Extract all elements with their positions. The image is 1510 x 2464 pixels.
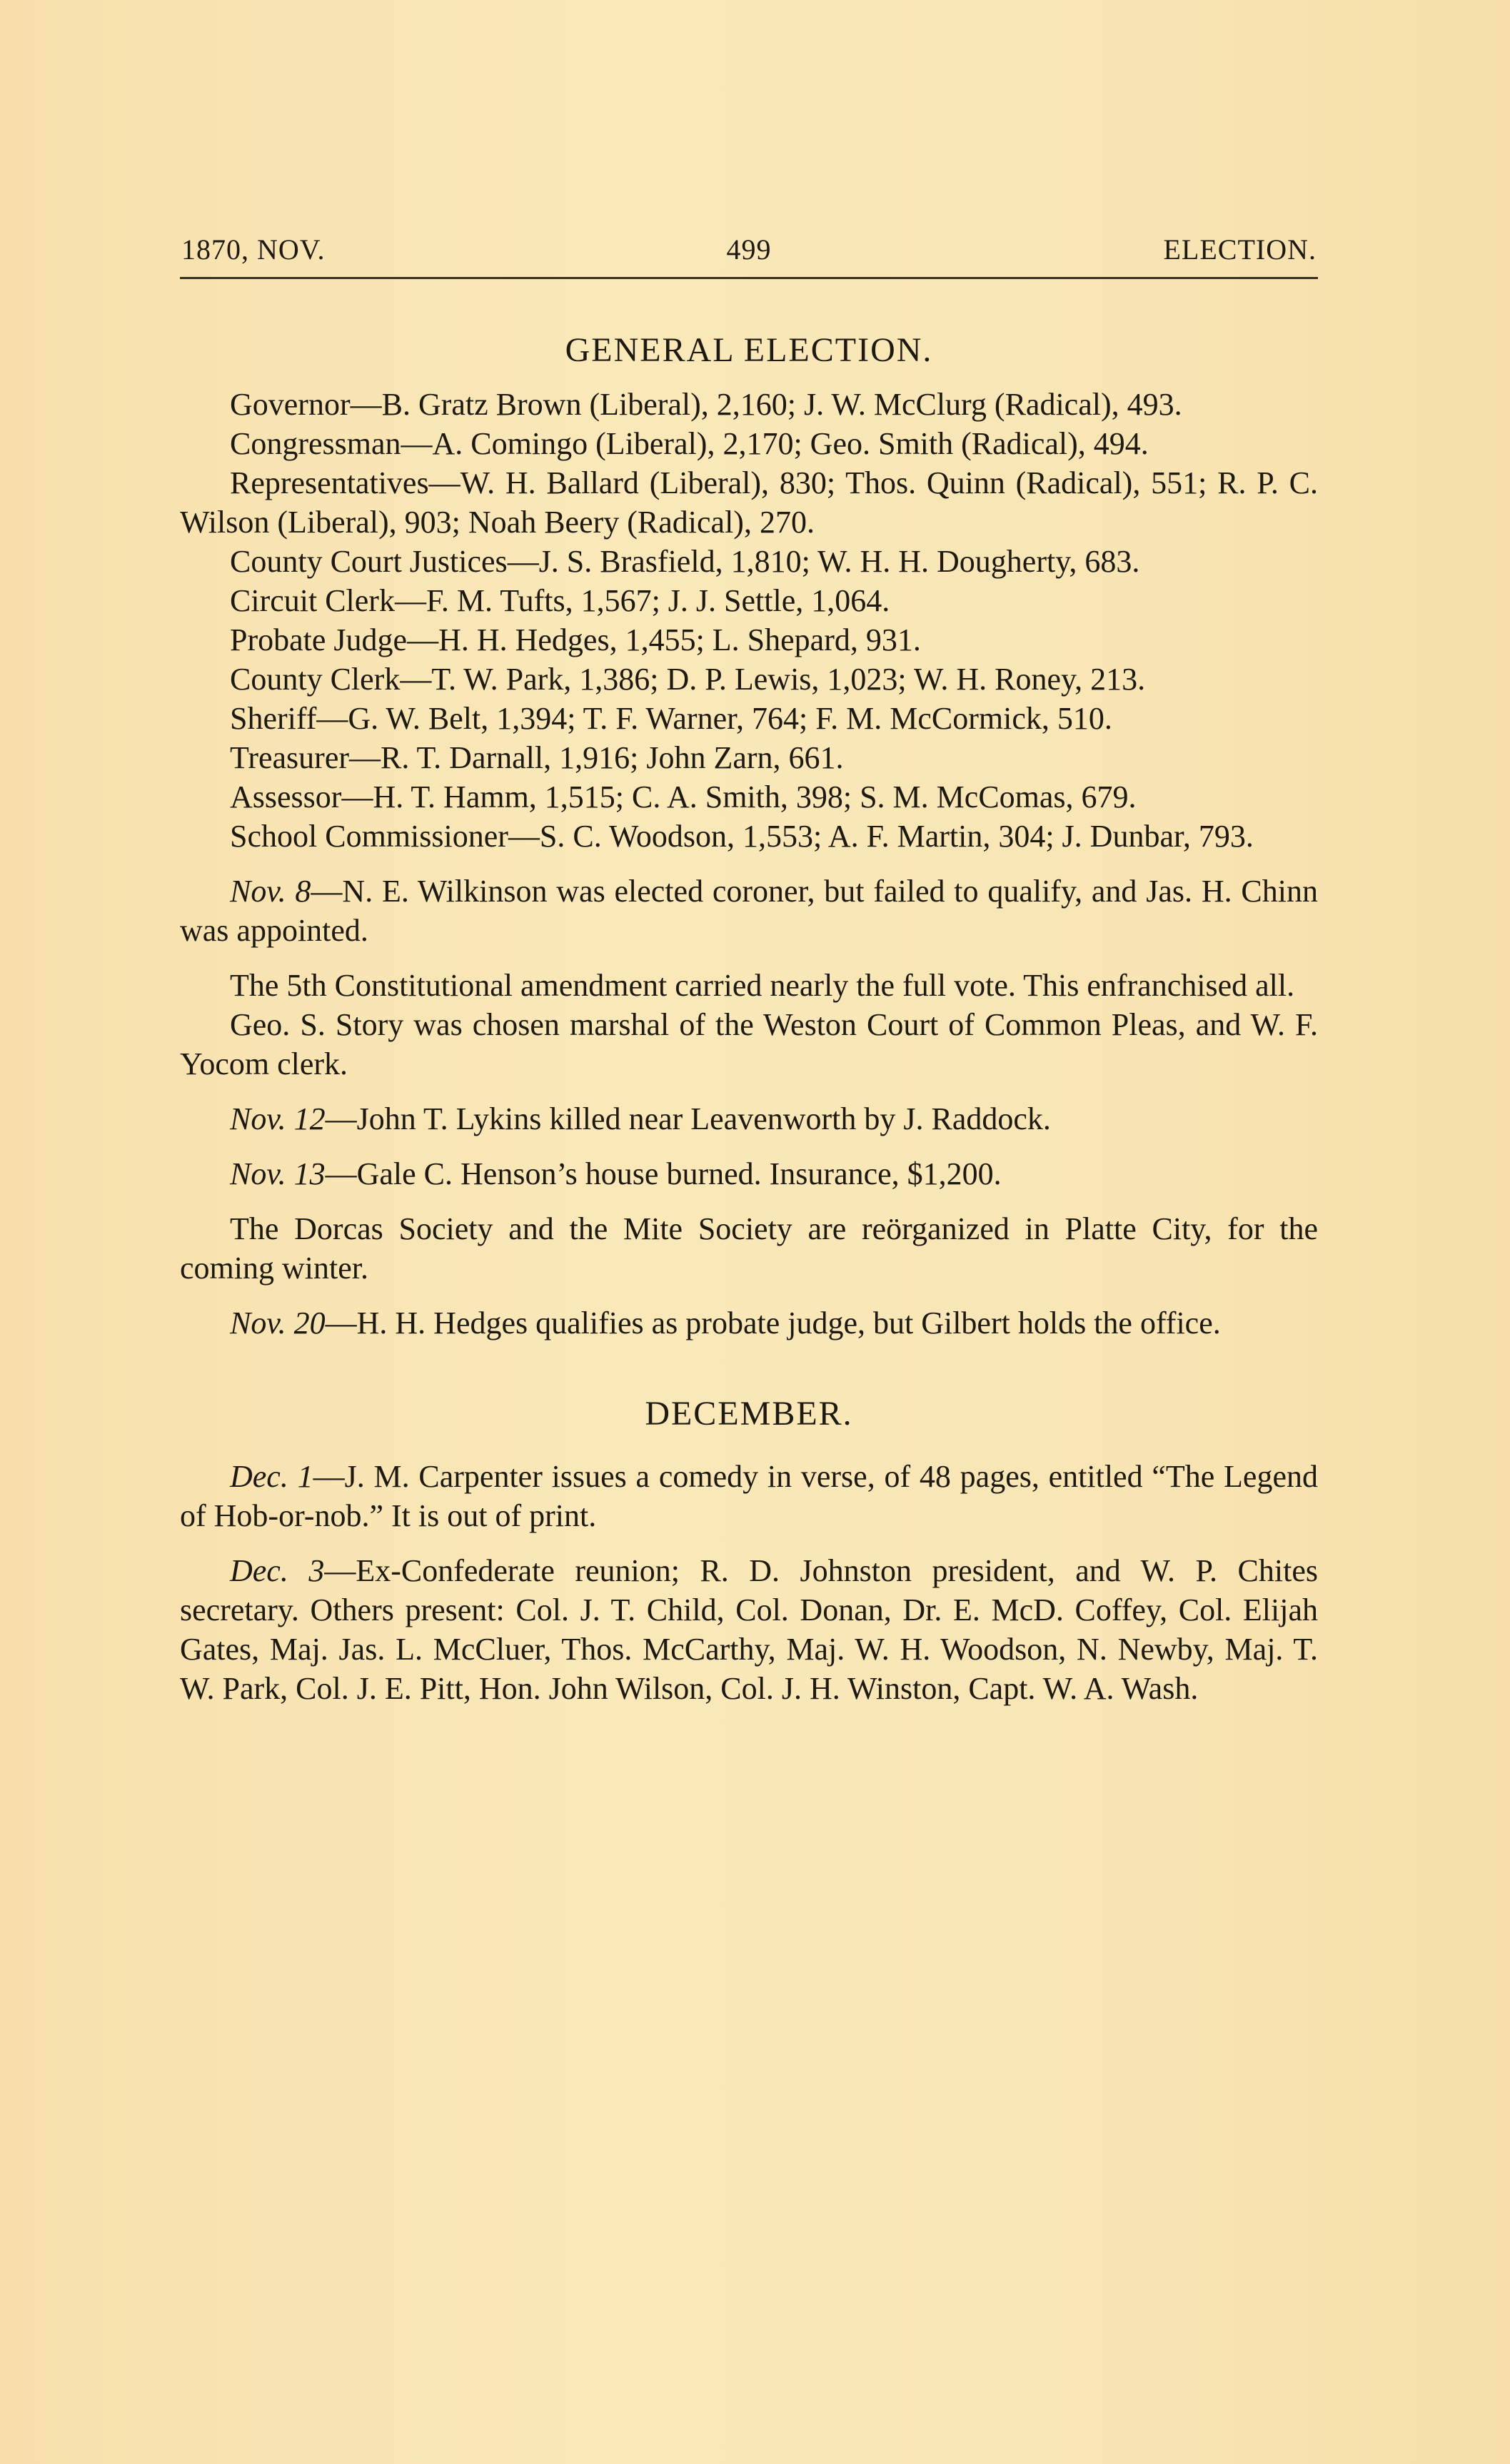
entry-marshal: Geo. S. Story was chosen marshal of the … [180, 1005, 1318, 1084]
result-sheriff: SheriffG. W. Belt, 1,394; T. F. Warner, … [180, 699, 1318, 738]
result-congressman: CongressmanA. Comingo (Liberal), 2,170; … [180, 424, 1318, 463]
result-circuit-clerk: Circuit ClerkF. M. Tufts, 1,567; J. J. S… [180, 581, 1318, 620]
result-text: T. W. Park, 1,386; D. P. Lewis, 1,023; W… [431, 662, 1145, 697]
entry-text: The Dorcas Society and the Mite Society … [180, 1211, 1318, 1286]
entry-date: Nov. 8 [230, 874, 311, 909]
result-text: F. M. Tufts, 1,567; J. J. Settle, 1,064. [426, 583, 890, 618]
entry-nov-20: Nov. 20H. H. Hedges qualifies as probate… [180, 1303, 1318, 1343]
section-title-december: DECEMBER. [180, 1393, 1318, 1435]
entry-text: The 5th Constitutional amendment carried… [230, 968, 1294, 1003]
running-head: 1870, NOV. 499 ELECTION. [180, 230, 1318, 270]
entry-text: N. E. Wilkinson was elected coroner, but… [180, 874, 1318, 948]
entry-date: Dec. 1 [230, 1459, 313, 1494]
entry-text: H. H. Hedges qualifies as probate judge,… [357, 1306, 1221, 1340]
entry-nov-13: Nov. 13Gale C. Henson’s house burned. In… [180, 1154, 1318, 1193]
entry-date: Nov. 20 [230, 1306, 326, 1340]
entry-text: Gale C. Henson’s house burned. Insurance… [357, 1156, 1002, 1191]
entry-dec-1: Dec. 1J. M. Carpenter issues a comedy in… [180, 1457, 1318, 1535]
entry-text: J. M. Carpenter issues a comedy in verse… [180, 1459, 1318, 1533]
result-county-clerk: County ClerkT. W. Park, 1,386; D. P. Lew… [180, 660, 1318, 699]
result-text: S. C. Woodson, 1,553; A. F. Martin, 304;… [540, 819, 1254, 854]
header-rule [180, 277, 1318, 279]
entry-date: Dec. 3 [230, 1553, 324, 1588]
result-treasurer: TreasurerR. T. Darnall, 1,916; John Zarn… [180, 738, 1318, 777]
office-label: Congressman [230, 426, 401, 461]
result-representatives: RepresentativesW. H. Ballard (Liberal), … [180, 463, 1318, 542]
entry-nov-8: Nov. 8N. E. Wilkinson was elected corone… [180, 872, 1318, 950]
office-label: Representatives [230, 465, 429, 500]
result-text: A. Comingo (Liberal), 2,170; Geo. Smith … [433, 426, 1149, 461]
result-text: H. H. Hedges, 1,455; L. Shepard, 931. [438, 622, 921, 657]
section-title-general-election: GENERAL ELECTION. [180, 329, 1318, 372]
entry-text: John T. Lykins killed near Leavenworth b… [357, 1101, 1051, 1136]
office-label: Circuit Clerk [230, 583, 395, 618]
office-label: Treasurer [230, 740, 349, 775]
running-head-left: 1870, NOV. [181, 230, 326, 270]
book-page: 1870, NOV. 499 ELECTION. GENERAL ELECTIO… [180, 230, 1318, 1708]
office-label: Sheriff [230, 701, 316, 736]
office-label: Assessor [230, 779, 341, 814]
entry-date: Nov. 12 [230, 1101, 326, 1136]
result-text: J. S. Brasfield, 1,810; W. H. H. Dougher… [539, 544, 1140, 579]
running-head-right: ELECTION. [1163, 230, 1317, 270]
office-label: County Court Justices [230, 544, 508, 579]
entry-dec-3: Dec. 3Ex-Confederate reunion; R. D. John… [180, 1551, 1318, 1708]
entry-amendment: The 5th Constitutional amendment carried… [180, 966, 1318, 1005]
result-text: R. T. Darnall, 1,916; John Zarn, 661. [381, 740, 844, 775]
result-county-court-justices: County Court JusticesJ. S. Brasfield, 1,… [180, 542, 1318, 581]
entry-societies: The Dorcas Society and the Mite Society … [180, 1209, 1318, 1288]
result-assessor: AssessorH. T. Hamm, 1,515; C. A. Smith, … [180, 777, 1318, 817]
office-label: Governor [230, 387, 351, 422]
office-label: County Clerk [230, 662, 400, 697]
office-label: Probate Judge [230, 622, 407, 657]
result-probate-judge: Probate JudgeH. H. Hedges, 1,455; L. She… [180, 620, 1318, 660]
result-governor: GovernorB. Gratz Brown (Liberal), 2,160;… [180, 385, 1318, 424]
result-text: G. W. Belt, 1,394; T. F. Warner, 764; F.… [348, 701, 1112, 736]
page-number: 499 [180, 230, 1318, 270]
office-label: School Commissioner [230, 819, 508, 854]
result-text: B. Gratz Brown (Liberal), 2,160; J. W. M… [382, 387, 1182, 422]
result-school-commissioner: School CommissionerS. C. Woodson, 1,553;… [180, 817, 1318, 856]
entry-nov-12: Nov. 12John T. Lykins killed near Leaven… [180, 1099, 1318, 1138]
result-text: H. T. Hamm, 1,515; C. A. Smith, 398; S. … [373, 779, 1136, 814]
entry-text: Geo. S. Story was chosen marshal of the … [180, 1007, 1318, 1081]
entry-date: Nov. 13 [230, 1156, 326, 1191]
